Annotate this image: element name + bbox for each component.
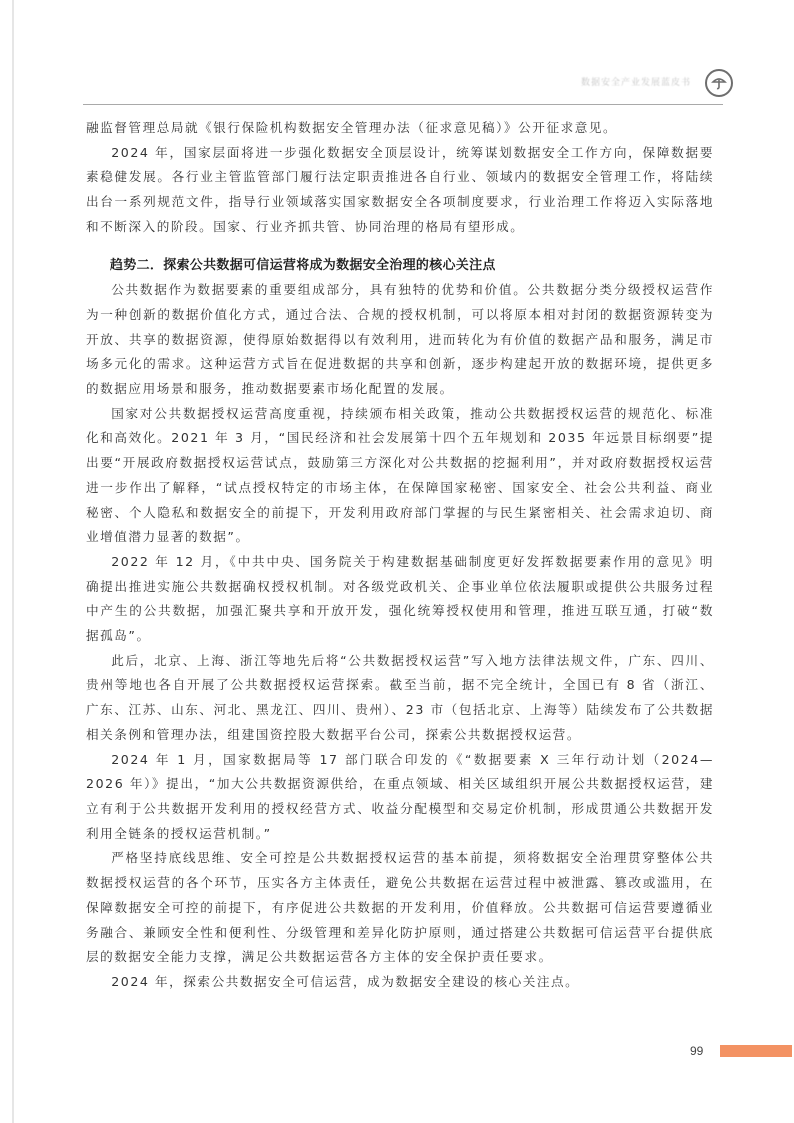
- page-number: 99: [690, 1042, 703, 1060]
- header-divider: [83, 104, 723, 105]
- page-body: 融监督管理总局就《银行保险机构数据安全管理办法（征求意见稿）》公开征求意见。 2…: [86, 116, 714, 995]
- running-header: 数据安全产业发展蓝皮书: [83, 66, 733, 106]
- paragraph: 2024 年 1 月，国家数据局等 17 部门联合印发的《“数据要素 X 三年行…: [86, 748, 714, 847]
- paragraph: 2022 年 12 月，《中共中央、国务院关于构建数据基础制度更好发挥数据要素作…: [86, 550, 714, 649]
- running-title: 数据安全产业发展蓝皮书: [581, 75, 691, 88]
- paragraph: 2024 年，国家层面将进一步强化数据安全顶层设计，统筹谋划数据安全工作方向，保…: [86, 141, 714, 240]
- paragraph: 严格坚持底线思维、安全可控是公共数据授权运营的基本前提，须将数据安全治理贯穿整体…: [86, 846, 714, 970]
- paragraph: 公共数据作为数据要素的重要组成部分，具有独特的优势和价值。公共数据分类分级授权运…: [86, 278, 714, 402]
- page-edge-shadow: [12, 0, 14, 1123]
- umbrella-icon: [711, 75, 727, 91]
- umbrella-circle-icon: [705, 69, 733, 97]
- paragraph: 此后，北京、上海、浙江等地先后将“公共数据授权运营”写入地方法律法规文件，广东、…: [86, 649, 714, 748]
- section-heading: 趋势二．探索公共数据可信运营将成为数据安全治理的核心关注点: [86, 254, 714, 279]
- paragraph: 国家对公共数据授权运营高度重视，持续颁布相关政策，推动公共数据授权运营的规范化、…: [86, 402, 714, 550]
- paragraph: 2024 年，探索公共数据安全可信运营，成为数据安全建设的核心关注点。: [86, 970, 714, 995]
- page-footer: 99: [690, 1042, 794, 1060]
- paragraph: 融监督管理总局就《银行保险机构数据安全管理办法（征求意见稿）》公开征求意见。: [86, 116, 714, 141]
- page-accent-bar: [720, 1045, 792, 1057]
